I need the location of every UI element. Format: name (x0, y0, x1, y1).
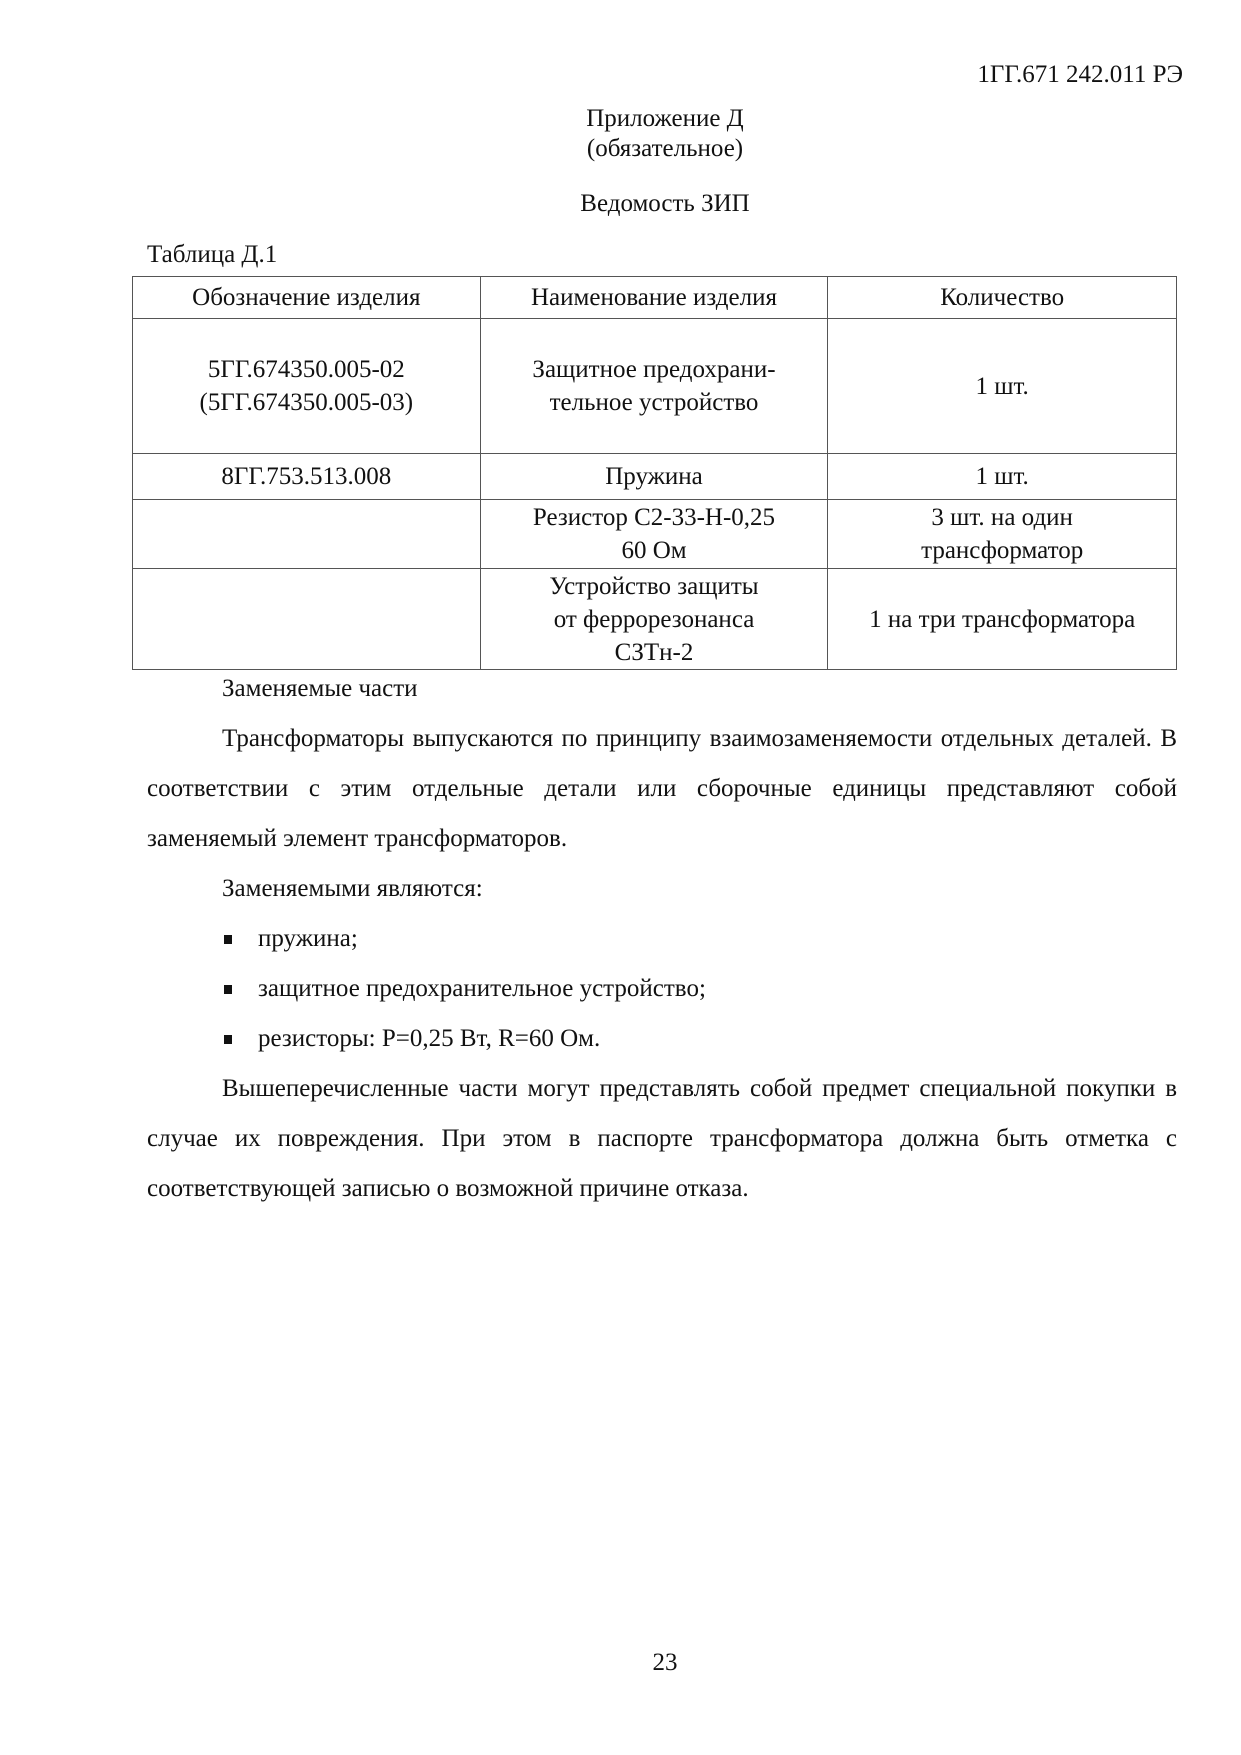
table-caption: Таблица Д.1 (147, 240, 277, 270)
table-row: 8ГГ.753.513.008Пружина1 шт. (133, 454, 1177, 500)
cell-text-line: (5ГГ.674350.005-03) (139, 386, 474, 419)
cell-name: Резистор С2-33-Н-0,2560 Ом (480, 500, 828, 569)
cell-text-line: от феррорезонанса (487, 603, 822, 636)
body-paragraph-1: Трансформаторы выпускаются по принципу в… (147, 714, 1177, 864)
list-item: резисторы: Р=0,25 Вт, R=60 Ом. (222, 1014, 706, 1064)
cell-designation (133, 569, 481, 670)
cell-text-line: 60 Ом (487, 534, 822, 567)
cell-name: Защитное предохрани-тельное устройство (480, 319, 828, 454)
column-header-name: Наименование изделия (480, 277, 828, 319)
spare-parts-table: Обозначение изделия Наименование изделия… (132, 276, 1177, 670)
cell-text-line: 1 шт. (834, 370, 1170, 403)
cell-text-line: 1 шт. (834, 460, 1170, 493)
statement-title: Ведомость ЗИП (0, 189, 1241, 219)
cell-text-line: СЗТн-2 (487, 636, 822, 669)
cell-designation (133, 500, 481, 569)
table-row: Устройство защитыот феррорезонансаСЗТн-2… (133, 569, 1177, 670)
cell-quantity: 1 на три трансформатора (828, 569, 1177, 670)
square-bullet-icon (224, 985, 232, 994)
document-code: 1ГГ.671 242.011 РЭ (977, 60, 1183, 90)
paragraph-text: Вышеперечисленные части могут представля… (147, 1064, 1177, 1214)
cell-name: Устройство защитыот феррорезонансаСЗТн-2 (480, 569, 828, 670)
body-paragraph-2: Вышеперечисленные части могут представля… (147, 1064, 1177, 1214)
cell-text-line: трансформатор (834, 534, 1170, 567)
appendix-title: Приложение Д (0, 104, 1241, 134)
table-header-row: Обозначение изделия Наименование изделия… (133, 277, 1177, 319)
table-row: 5ГГ.674350.005-02(5ГГ.674350.005-03)Защи… (133, 319, 1177, 454)
cell-text-line: Устройство защиты (487, 570, 822, 603)
square-bullet-icon (224, 1035, 232, 1044)
column-header-quantity: Количество (828, 277, 1177, 319)
cell-name: Пружина (480, 454, 828, 500)
cell-text-line: тельное устройство (487, 386, 822, 419)
list-item: пружина; (222, 914, 706, 964)
cell-text-line: Защитное предохрани- (487, 353, 822, 386)
cell-quantity: 1 шт. (828, 454, 1177, 500)
section-heading: Заменяемые части (222, 664, 418, 714)
list-item: защитное предохранительное устройство; (222, 964, 706, 1014)
cell-text-line: 3 шт. на один (834, 501, 1170, 534)
cell-quantity: 1 шт. (828, 319, 1177, 454)
cell-designation: 5ГГ.674350.005-02(5ГГ.674350.005-03) (133, 319, 481, 454)
cell-text-line: Пружина (487, 460, 822, 493)
cell-text-line: 1 на три трансформатора (834, 603, 1170, 636)
list-item-text: пружина; (258, 925, 358, 952)
table-row: Резистор С2-33-Н-0,2560 Ом3 шт. на одинт… (133, 500, 1177, 569)
list-item-text: резисторы: Р=0,25 Вт, R=60 Ом. (258, 1025, 600, 1052)
cell-designation: 8ГГ.753.513.008 (133, 454, 481, 500)
square-bullet-icon (224, 935, 232, 944)
page-number: 23 (0, 1648, 1241, 1678)
list-item-text: защитное предохранительное устройство; (258, 975, 706, 1002)
list-intro: Заменяемыми являются: (222, 864, 483, 914)
appendix-subtitle: (обязательное) (0, 134, 1241, 164)
column-header-designation: Обозначение изделия (133, 277, 481, 319)
paragraph-text: Трансформаторы выпускаются по принципу в… (147, 714, 1177, 864)
cell-text-line: 5ГГ.674350.005-02 (139, 353, 474, 386)
replaceable-parts-list: пружина;защитное предохранительное устро… (222, 914, 706, 1064)
cell-quantity: 3 шт. на одинтрансформатор (828, 500, 1177, 569)
cell-text-line: Резистор С2-33-Н-0,25 (487, 501, 822, 534)
cell-text-line: 8ГГ.753.513.008 (139, 460, 474, 493)
